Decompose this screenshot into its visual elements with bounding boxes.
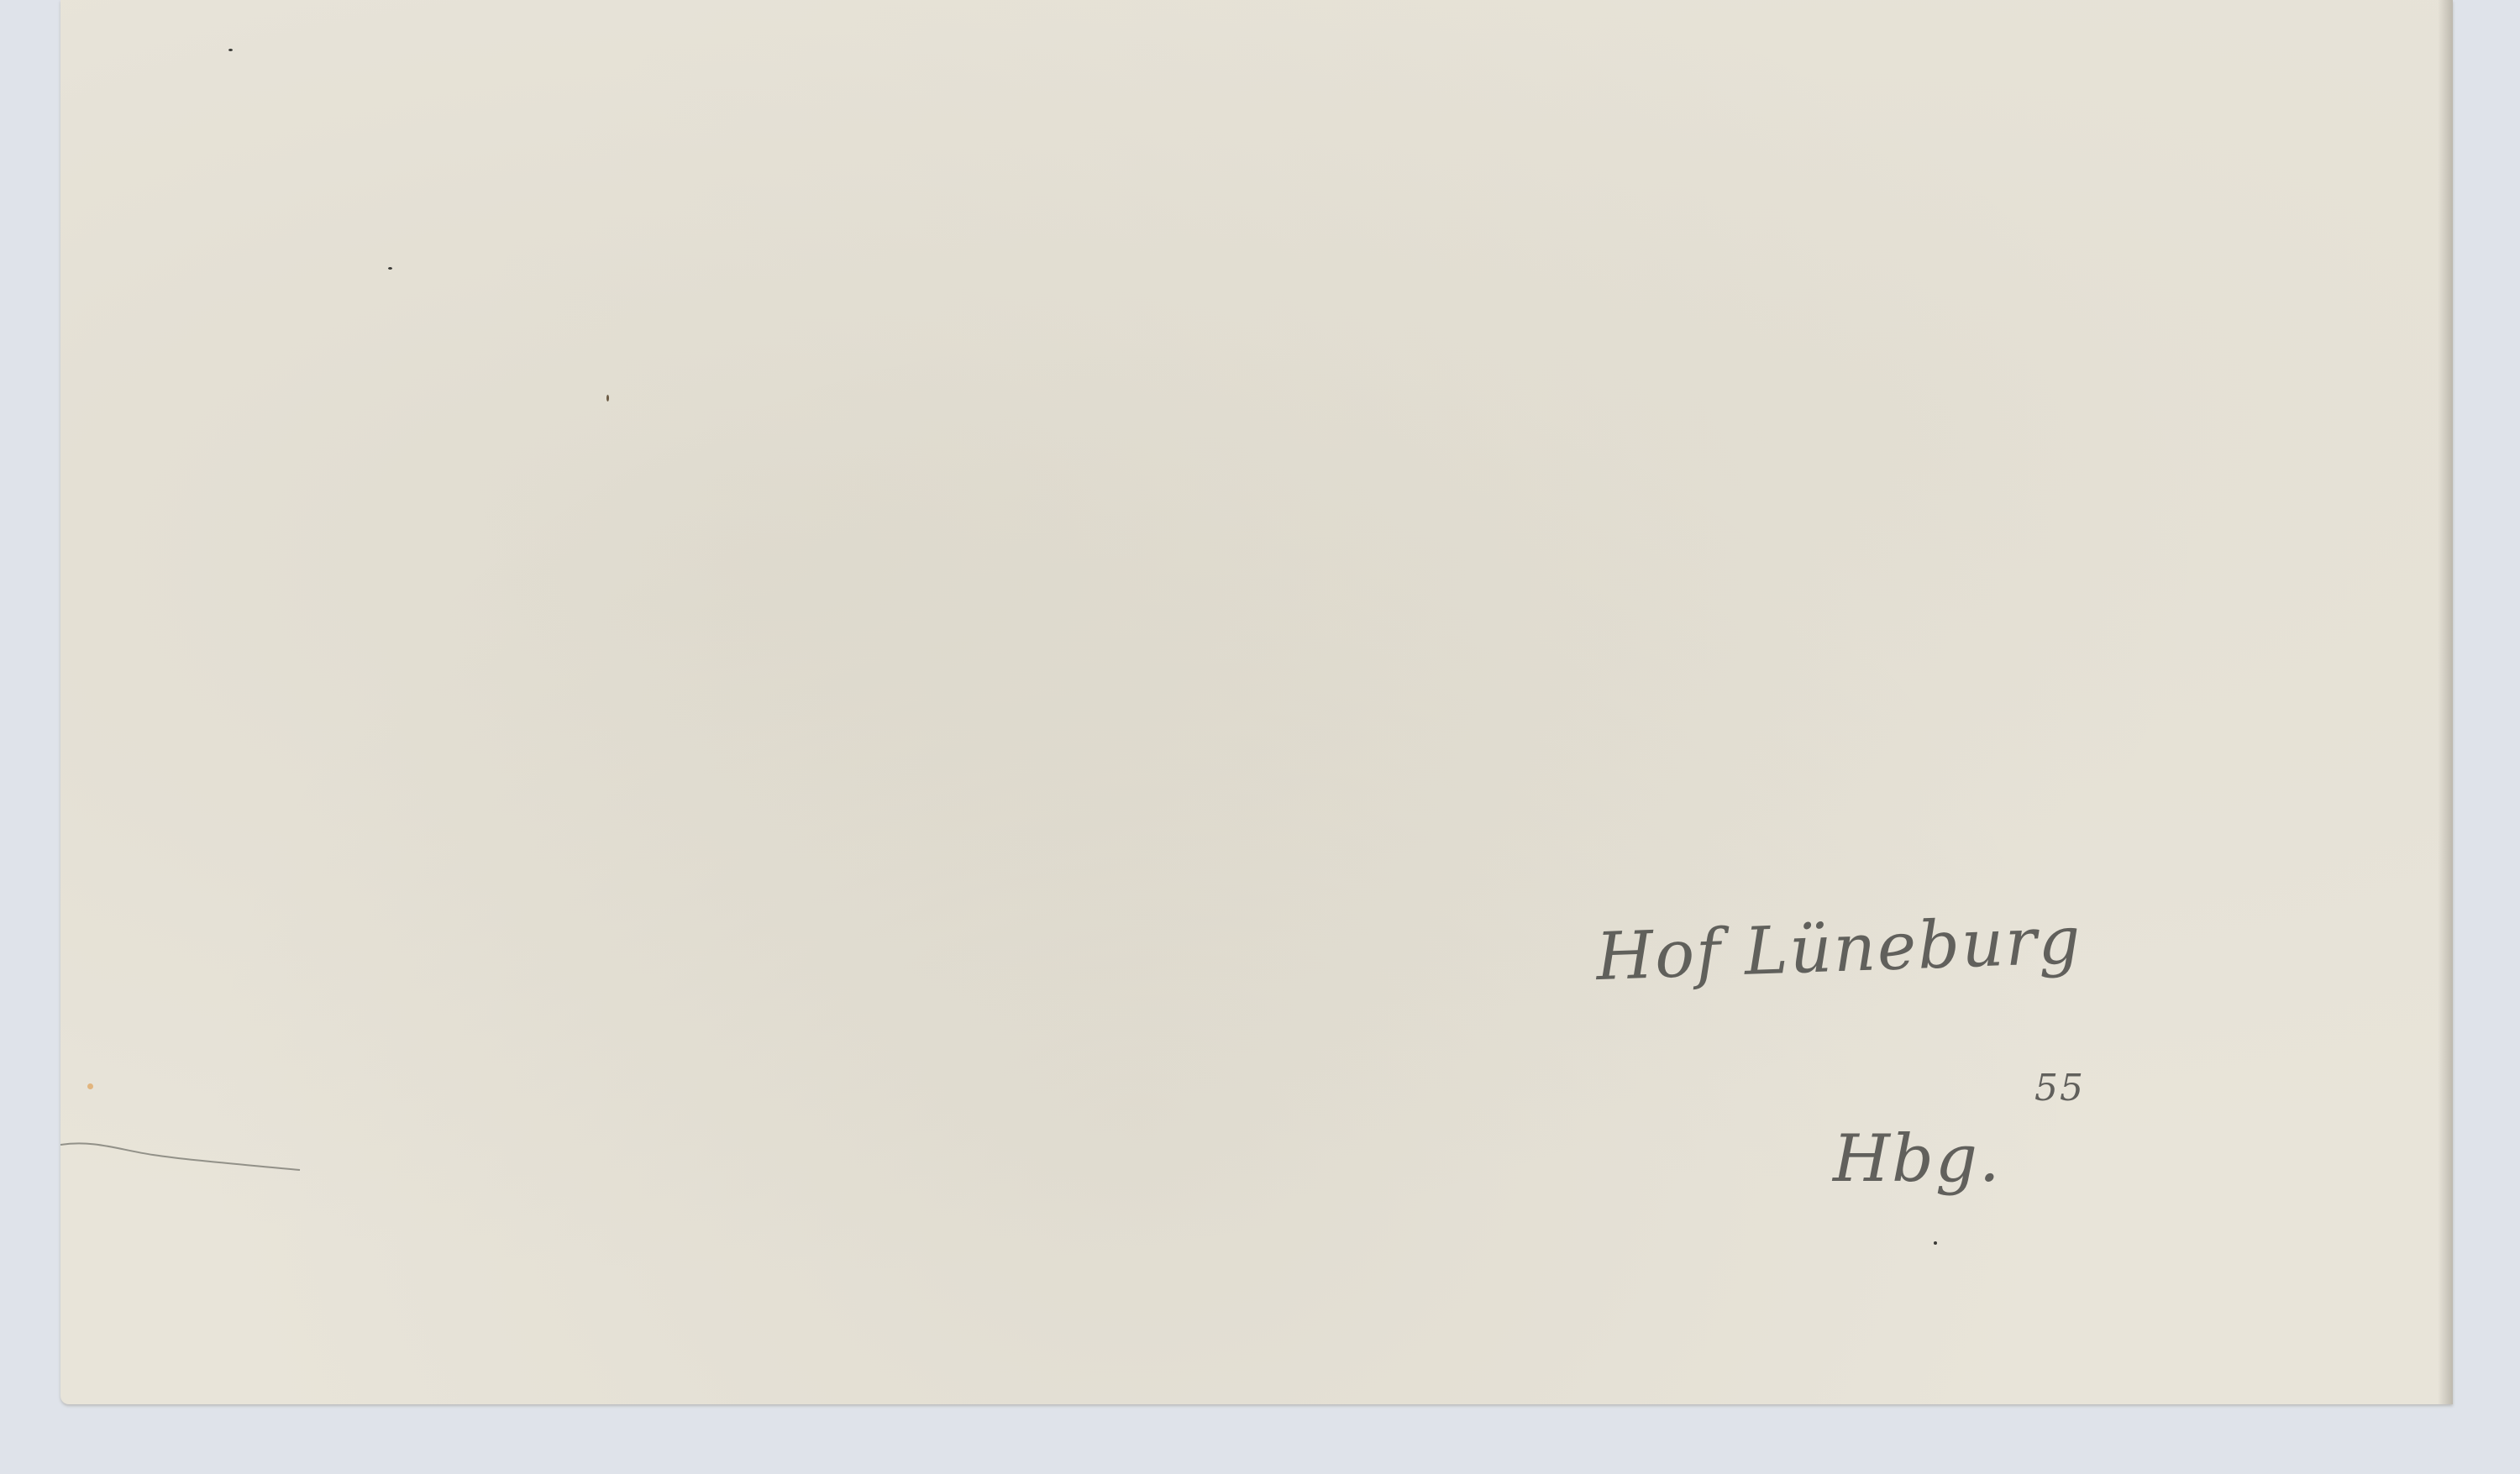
- paper-speck: [606, 395, 609, 401]
- paper-speck: [1934, 1241, 1937, 1245]
- pencil-inscription-line-2: 55: [2034, 1067, 2085, 1109]
- paper-right-edge: [2438, 0, 2453, 1404]
- paper-speck: [87, 1083, 93, 1089]
- pencil-inscription-line-1: Hof Lüneburg: [1595, 903, 2083, 995]
- pencil-inscription-line-3: Hbg.: [1833, 1121, 2002, 1197]
- paper-speck: [388, 267, 392, 270]
- paper-crease: [60, 1138, 312, 1180]
- paper-speck: [228, 49, 233, 51]
- paper-sheet: Hof Lüneburg 55 Hbg.: [60, 0, 2453, 1404]
